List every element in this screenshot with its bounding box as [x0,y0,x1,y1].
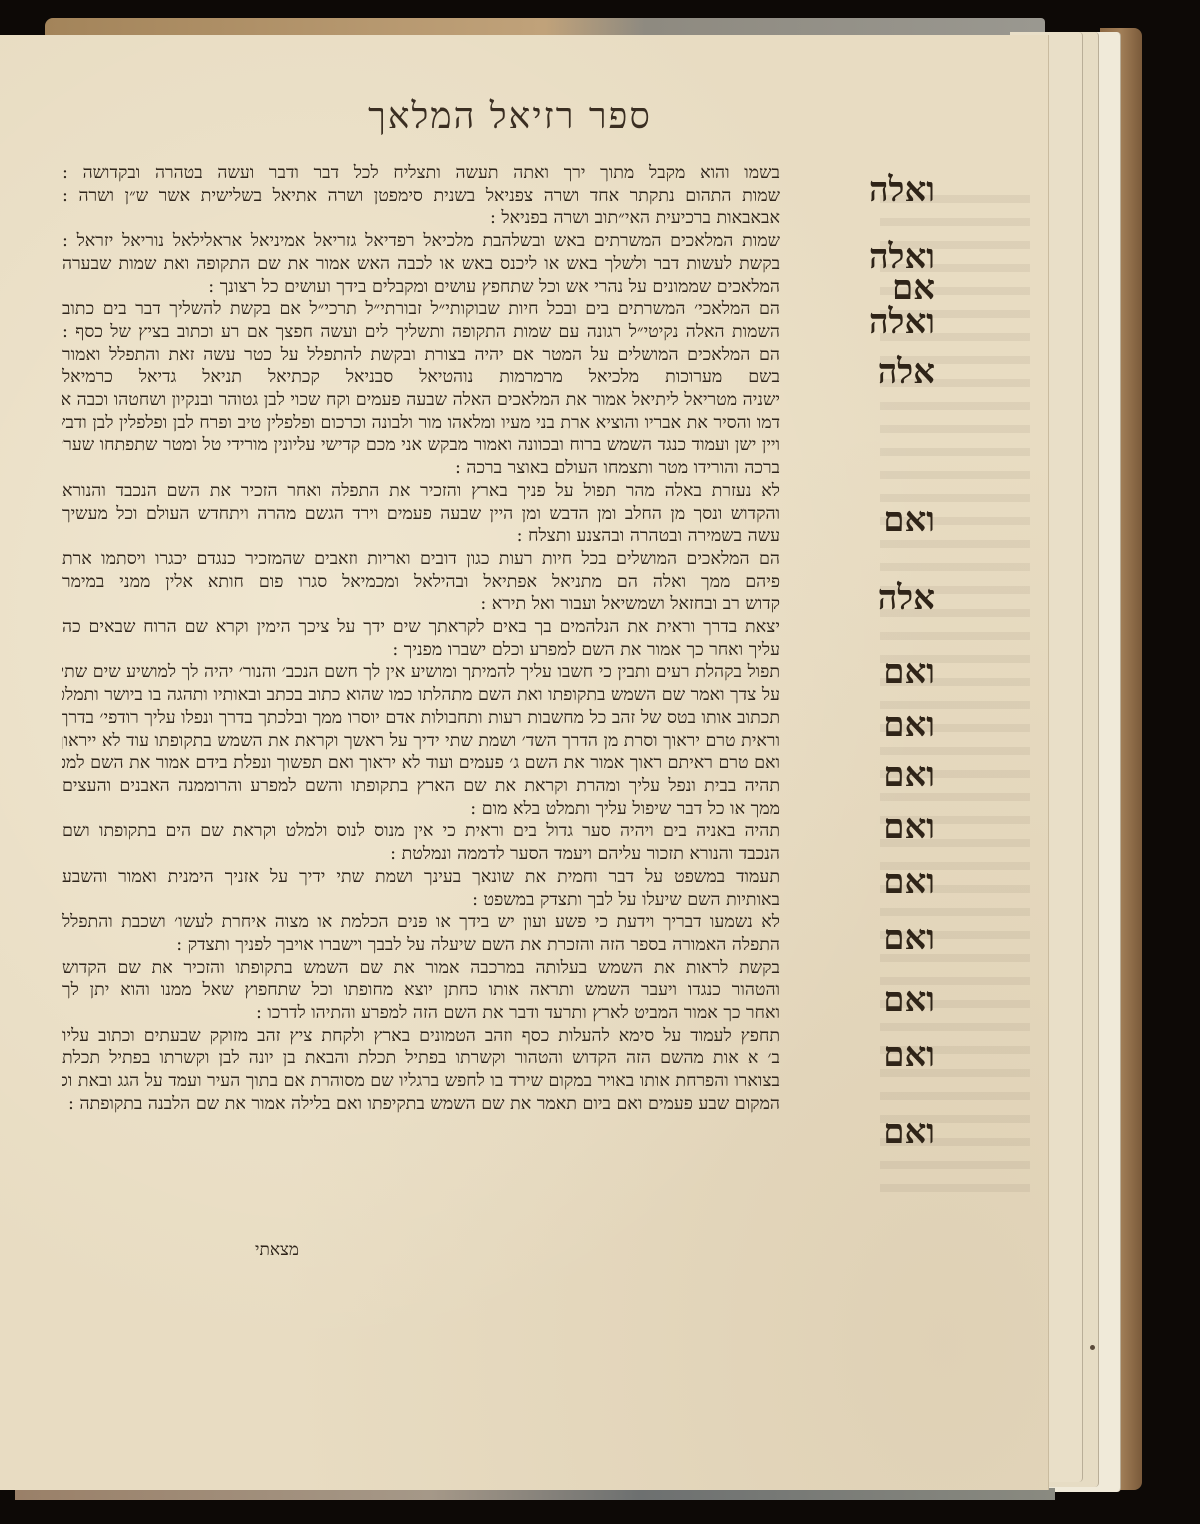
text-line: בצוארו והפרחת אותו באויר במקום שירד בו ל… [62,1070,780,1093]
text-line: ואחר כך אמור המביט לארץ ותרעד ודבר את הש… [62,1002,780,1025]
text-line: השמות האלה נקיטי״ל רגונה עם שמות התקופה … [62,321,780,344]
ink-spot [1090,1345,1095,1350]
marginal-keyword: ואם [815,1035,935,1075]
text-line: ב׳ א אות מהשם הזה הקדוש והטהור וקשרתו בפ… [62,1047,780,1070]
text-line: הנכבד והנורא תזכור עליהם ויעמד הסער לדממ… [62,843,780,866]
text-line: והטהור כנגדו ויעבר השמש ותראה אותו כחתן … [62,979,780,1002]
text-line: שמות המלאכים המשרתים באש ובשלהבת מלכיאל … [62,230,780,253]
text-line: על צדך ואמר שם השמש בתקופתו ואת השם מתהל… [62,684,780,707]
marginal-keyword: אלה [815,578,935,618]
marginal-keyword: ואם [815,862,935,902]
text-line: תחפץ לעמוד על סימא להעלות כסף וזהב הטמונ… [62,1025,780,1048]
text-line: וראית טרם יראוך וסרת מן הדרך השד׳ ושמת ש… [62,730,780,753]
text-line: לא נשמעו דבריך וידעת כי פשע ועון יש בידך… [62,911,780,934]
text-line: ישניה מטריאל ליתיאל אמור את המלאכים האלה… [62,389,780,412]
text-line: ממך או כל דבר שיפול עליך ותמלט בלא מום : [62,798,780,821]
text-line: בשם מערוכות מלכיאל מרמרמות נוהטיאל סבניא… [62,366,780,389]
main-text-block: בשמו והוא מקבל מתוך ירך ואתה תעשה ותצליח… [62,162,780,1116]
text-line: שמות התהום נתקתר אחד ושרה צפניאל בשנית ס… [62,185,780,208]
book-top-edge [45,18,1045,36]
marginal-keyword: ואלה [815,302,935,342]
text-line: פיהם ממך ואלה הם מתניאל אפתיאל ובהילאל ו… [62,571,780,594]
text-line: דמו והסיר את אבריו והוציא ארת בני מעיו ו… [62,412,780,435]
text-line: לא נעזרת באלה מהר תפול על פניך בארץ והזכ… [62,480,780,503]
text-line: עשה בשמירה ובטהרה ובהצנע ותצלח : [62,525,780,548]
text-line: הם המלאכי׳ המשרתים בים ובכל חיות שבוקותי… [62,298,780,321]
marginal-keyword: ואם [815,705,935,745]
page-title: ספר רזיאל המלאך [360,95,660,137]
text-line: התפלה האמורה בספר הזה והזכרת את השם שיעל… [62,934,780,957]
text-line: ברכה והורידו מטר ותצמחו העולם באוצר ברכה… [62,457,780,480]
text-line: ואם טרם ראיתם ראוך אמור את השם ג׳ פעמים … [62,752,780,775]
text-line: תפול בקהלת רעים ותבין כי חשבו עליך להמית… [62,661,780,684]
text-line: ויין ישן ועמוד כנגד השמש ברוח ובכוונה וא… [62,434,780,457]
text-line: עליך ואחר כך אמור את השם למפרע וכלם ישבר… [62,639,780,662]
text-line: המלאכים שממונים על נהרי אש וכל שתחפץ עוש… [62,276,780,299]
text-line: אבאבאות ברכיעית האי״תוב ושרה בפניאל : [62,207,780,230]
text-line: תעמוד במשפט על דבר וחמית את שונאך בעינך … [62,866,780,889]
marginal-keyword: ואם [815,980,935,1020]
text-line: בקשת לראות את השמש בעלותה במרכבה אמור את… [62,957,780,980]
marginal-keyword: ואם [815,500,935,540]
text-line: באותיות השם שיעלו על לבך ותצדק במשפט : [62,889,780,912]
text-line: תהיה באניה בים ויהיה סער גדול בים וראית … [62,820,780,843]
text-line: בקשת לעשות דבר ולשלך באש או ליכנס באש או… [62,253,780,276]
catchword: מצאתי [255,1240,299,1260]
text-line: והקדוש ונסך מן החלב ומן הדבש ומן היין שב… [62,503,780,526]
marginal-keyword: ואם [815,1112,935,1152]
text-line: תכתוב אותו בטס של זהב כל מחשבות רעות ותח… [62,707,780,730]
text-line: יצאת בדרך וראית את הנלהמים בך באים לקראת… [62,616,780,639]
marginal-keyword: ואם [815,807,935,847]
marginal-keyword: ואם [815,652,935,692]
text-line: המקום שבע פעמים ואם ביום תאמר את שם השמש… [62,1093,780,1116]
marginal-keyword: ואם [815,918,935,958]
marginal-keyword: ואם [815,755,935,795]
text-line: תהיה בבית ונפל עליך ומהרת וקראת את שם הא… [62,775,780,798]
text-line: קדוש רב ובחזאל ושמשיאל ועבור ואל תירא : [62,593,780,616]
marginal-keyword: ואלה [815,170,935,210]
text-line: הם המלאכים המושלים על המטר אם יהיה בצורת… [62,344,780,367]
text-line: הם המלאכים המושלים בכל חיות רעות כגון דו… [62,548,780,571]
marginal-keyword: אלה [815,352,935,392]
text-line: בשמו והוא מקבל מתוך ירך ואתה תעשה ותצליח… [62,162,780,185]
